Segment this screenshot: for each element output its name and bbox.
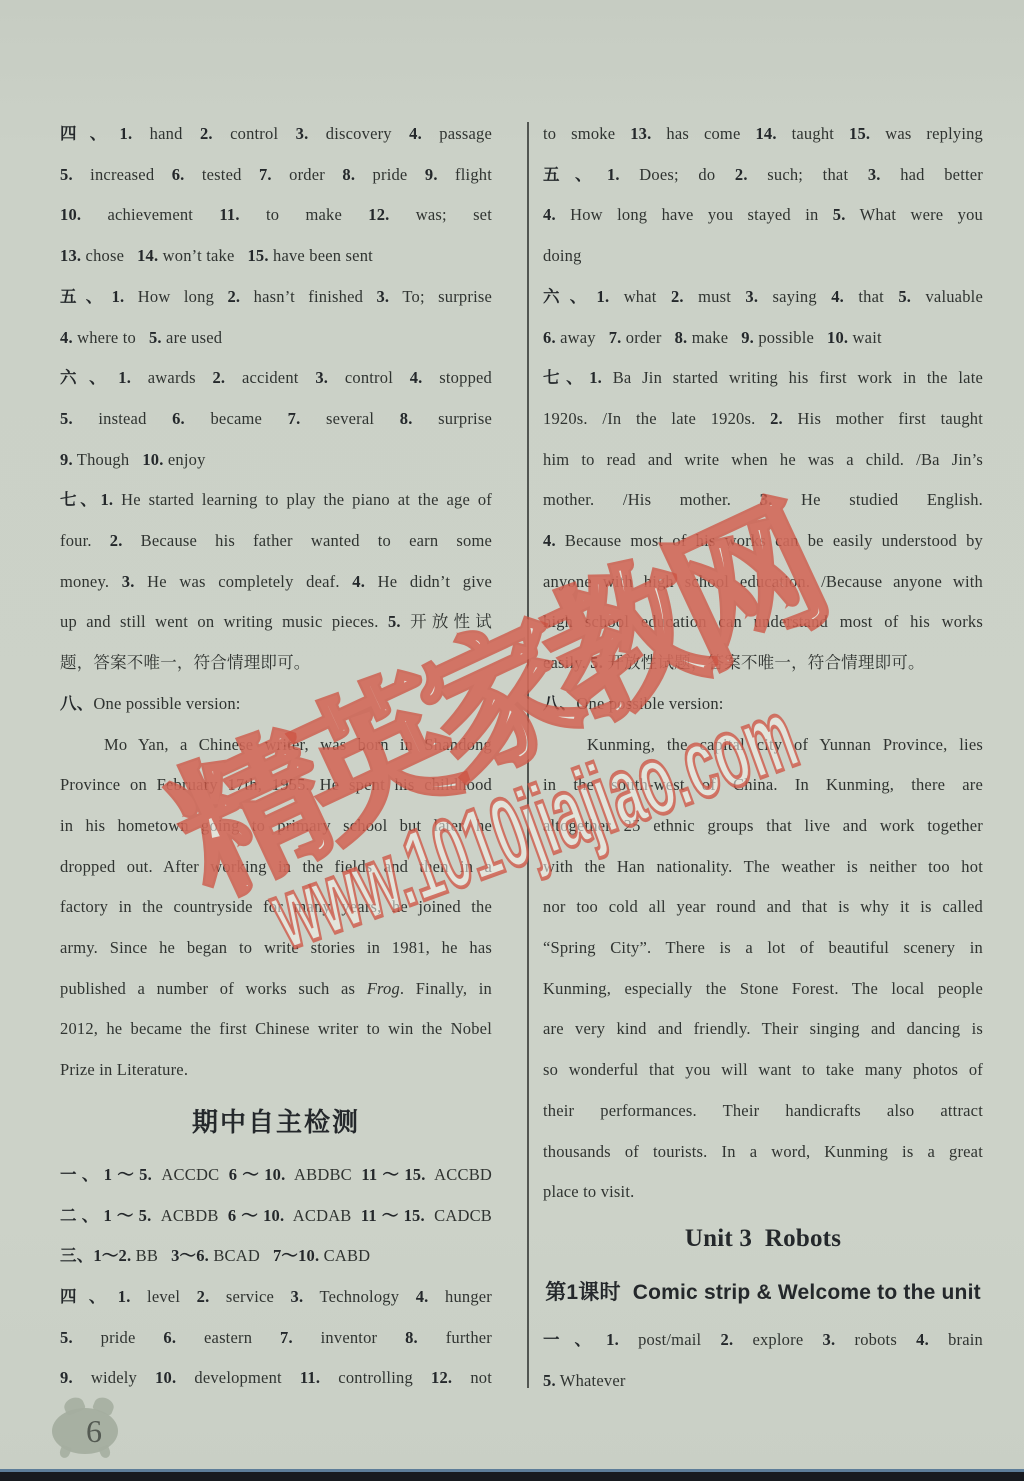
text-line: place to visit. [543,1172,983,1213]
text-line: with the Han nationality. The weather is… [543,847,983,888]
section-heading: 第1课时 Comic strip & Welcome to the unit [543,1265,983,1320]
text-line: money. 3. He was completely deaf. 4. He … [60,562,492,603]
text-line: doing [543,236,983,277]
text-line: Prize in Literature. [60,1050,492,1091]
text-line: mother. /His mother. 3. He studied Engli… [543,480,983,521]
text-line: 9. Though 10. enjoy [60,440,492,481]
text-line: “Spring City”. There is a lot of beautif… [543,928,983,969]
text-line: to smoke 13. has come 14. taught 15. was… [543,114,983,155]
text-line: Mo Yan, a Chinese writer, was born in Sh… [60,725,492,766]
text-line: 5. instead 6. became 7. several 8. surpr… [60,399,492,440]
text-line: anyone with high school education. /Beca… [543,562,983,603]
text-line: 13. chose 14. won’t take 15. have been s… [60,236,492,277]
scanned-answer-page: 四、1. hand 2. control 3. discovery 4. pas… [0,0,1024,1481]
text-line: 七、1. He started learning to play the pia… [60,480,492,521]
text-line: 4. How long have you stayed in 5. What w… [543,195,983,236]
text-line: high school education can understand mos… [543,602,983,643]
text-line: 1920s. /In the late 1920s. 2. His mother… [543,399,983,440]
text-line: 4. where to 5. are used [60,318,492,359]
text-line: Kunming, the capital city of Yunnan Prov… [543,725,983,766]
text-line: published a number of works such as Frog… [60,969,492,1010]
text-line: in his hometown going to primary school … [60,806,492,847]
text-line: easily. 5. 开放性试题，答案不唯一，符合情理即可。 [543,643,983,684]
text-line: 2012, he became the first Chinese writer… [60,1009,492,1050]
text-line: 4. Because most of his works can be easi… [543,521,983,562]
text-line: 5. pride 6. eastern 7. inventor 8. furth… [60,1318,492,1359]
page-number: 6 [86,1413,102,1450]
text-line: 6. away 7. order 8. make 9. possible 10.… [543,318,983,359]
text-line: 四、1. level 2. service 3. Technology 4. h… [60,1277,492,1318]
right-column: to smoke 13. has come 14. taught 15. was… [543,114,983,1401]
text-line: 一、1～5. ACCDC 6～10. ABDBC 11～15. ACCBD [60,1155,492,1196]
text-line: nor too cold all year round and that is … [543,887,983,928]
text-line: 六、1. what 2. must 3. saying 4. that 5. v… [543,277,983,318]
text-line: in the south-west of China. In Kunming, … [543,765,983,806]
text-line: 三、1～2. BB 3～6. BCAD 7～10. CABD [60,1236,492,1277]
text-line: 八、One possible version: [60,684,492,725]
text-line: army. Since he began to write stories in… [60,928,492,969]
clock-body-icon: 6 [52,1408,118,1454]
text-line: their performances. Their handicrafts al… [543,1091,983,1132]
text-line: 一、1. post/mail 2. explore 3. robots 4. b… [543,1320,983,1361]
text-line: dropped out. After working in the fields… [60,847,492,888]
text-line: 八、One possible version: [543,684,983,725]
text-line: 五、1. Does; do 2. such; that 3. had bette… [543,155,983,196]
text-line: 二、1～5. ACBDB 6～10. ACDAB 11～15. CADCB [60,1196,492,1237]
text-line: Kunming, especially the Stone Forest. Th… [543,969,983,1010]
section-heading: Unit 3 Robots [543,1213,983,1265]
text-line: four. 2. Because his father wanted to ea… [60,521,492,562]
section-heading: 期中自主检测 [60,1091,492,1155]
page-number-badge: 6 [42,1396,118,1460]
text-line: altogether 25 ethnic groups that live an… [543,806,983,847]
text-line: up and still went on writing music piece… [60,602,492,643]
text-line: 9. widely 10. development 11. controllin… [60,1358,492,1399]
text-line: Province on February 17th, 1955. He spen… [60,765,492,806]
text-line: 10. achievement 11. to make 12. was; set [60,195,492,236]
text-line: 五、1. How long 2. hasn’t finished 3. To; … [60,277,492,318]
text-line: 5. Whatever [543,1361,983,1402]
text-line: 四、1. hand 2. control 3. discovery 4. pas… [60,114,492,155]
scan-bottom-edge [0,1469,1024,1481]
text-line: are very kind and friendly. Their singin… [543,1009,983,1050]
text-line: him to read and write when he was a chil… [543,440,983,481]
text-line: so wonderful that you will want to take … [543,1050,983,1091]
text-line: thousands of tourists. In a word, Kunmin… [543,1132,983,1173]
text-line: 5. increased 6. tested 7. order 8. pride… [60,155,492,196]
left-column: 四、1. hand 2. control 3. discovery 4. pas… [60,114,492,1399]
text-line: 题，答案不唯一，符合情理即可。 [60,643,492,684]
column-divider [527,122,529,1388]
text-line: factory in the countryside for many year… [60,887,492,928]
text-line: 七、1. Ba Jin started writing his first wo… [543,358,983,399]
text-line: 六、1. awards 2. accident 3. control 4. st… [60,358,492,399]
